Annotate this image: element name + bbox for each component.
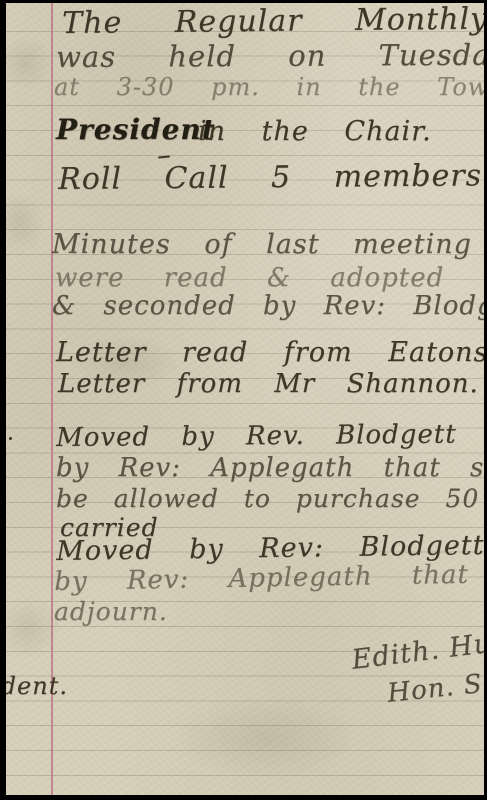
handwritten-line: Minutes of last meeting & sp [52,229,484,260]
handwritten-line: President [56,113,216,146]
handwritten-line: by Rev: Applegath that sewing C [56,453,484,483]
handwritten-line: adjourn. [54,597,168,626]
handwritten-line: Moved by Rev. Blodgett seconde [56,418,484,453]
signature-title: Hon. S [386,669,484,709]
notebook-paper: The Regular Monthly meeti was held on Tu… [6,3,484,795]
ink-dash [158,155,170,158]
handwritten-line: & seconded by Rev: Blodgett [52,291,484,321]
handwritten-line: be allowed to purchase 50 dozen [56,484,484,513]
signature-name: Edith. Hu [350,628,484,676]
handwritten-line: The Regular Monthly meeti [62,3,484,41]
scan-frame: The Regular Monthly meeti was held on Tu… [0,0,487,800]
paper-smudge [166,693,366,783]
handwritten-line: in the Chair. [198,116,432,147]
paper-smudge [6,188,47,258]
footer-partial-text: ident. [6,672,68,700]
handwritten-line: at 3-30 pm. in the Town H [54,73,484,101]
handwritten-line: Letter read from Eatons. a [56,337,484,368]
handwritten-line: were read & adopted by [55,263,484,293]
handwritten-line: Roll Call 5 members pres [58,157,484,197]
ink-dot [9,437,12,440]
paper-smudge [6,33,56,93]
handwritten-line: Letter from Mr Shannon. [58,369,479,399]
handwritten-line: was held on Tuesday Se [56,37,484,74]
